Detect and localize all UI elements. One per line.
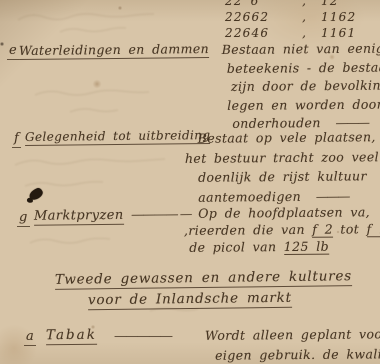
body-line: Bestaan niet van eenige	[222, 39, 380, 59]
underlined-amount: f 2	[312, 222, 333, 238]
section-g-heading-row: Marktpryzen ————	[34, 207, 177, 223]
section-f-label: f	[12, 131, 21, 148]
center-heading-line2: voor de Inlandsche markt	[88, 290, 292, 310]
ledger-serial: 22662	[225, 10, 287, 24]
ledger-separator: ,	[287, 10, 321, 24]
section-a-dash: —————	[114, 329, 172, 344]
ledger-row-partial: 22 6 , 12	[225, 0, 356, 8]
ledger-row: 22662 , 1162	[225, 8, 356, 24]
ledger-serial: 22 6	[225, 0, 287, 8]
body-line: de picol van 125 lb	[180, 237, 380, 256]
underlined-amount: f 10	[366, 221, 380, 237]
ledger-serial: 22646	[225, 26, 287, 40]
body-line: ,rieerden die van f 2 tot f 10	[180, 220, 380, 239]
end-dash: ———	[316, 188, 349, 203]
ledger-number: 1161	[321, 26, 356, 40]
section-f-body: Bestaat op vele plaatsen, het bestuur tr…	[185, 127, 380, 207]
ledger-number: 12	[321, 0, 339, 8]
manuscript-page: 22 6 , 12 22662 , 1162 22646 , 1161 e Wa…	[0, 0, 380, 364]
section-a-heading: Tabak	[46, 327, 97, 346]
body-line: — Op de hoofdplaatsen va,	[180, 203, 380, 222]
section-a-label: a	[24, 329, 36, 346]
section-f-heading: Gelegenheid tot uitbreiding	[25, 128, 211, 146]
body-line: Wordt alleen geplant voor	[205, 324, 380, 345]
section-g-heading: Marktpryzen	[34, 208, 124, 226]
ledger-figures: 22 6 , 12 22662 , 1162 22646 , 1161	[225, 0, 356, 40]
center-heading-line1: Tweede gewassen en andere kultures	[55, 268, 352, 290]
ledger-number: 1162	[321, 10, 356, 24]
ledger-separator: ,	[287, 26, 321, 40]
body-line: beteekenis - de bestaande	[222, 58, 380, 78]
ink-blot	[28, 187, 45, 202]
ledger-row: 22646 , 1161	[225, 24, 356, 40]
section-e-heading: Waterleidingen en dammen	[19, 41, 209, 60]
section-e-body: Bestaan niet van eenige beteekenis - de …	[222, 39, 380, 133]
section-e-label: e	[7, 43, 19, 60]
body-line: legen en worden door hen	[222, 95, 380, 115]
ledger-separator: ,	[287, 0, 321, 8]
underlined-amount: 125 lb	[284, 239, 329, 255]
body-line: het bestuur tracht zoo veel	[185, 147, 379, 168]
section-g-body: — Op de hoofdplaatsen va, ,rieerden die …	[180, 203, 380, 256]
body-line: Bestaat op vele plaatsen,	[185, 127, 379, 148]
body-line: zijn door de bevolking aange,	[222, 76, 380, 96]
body-line: eigen gebruik. de kwaliteit	[205, 344, 380, 364]
section-g-label: g	[17, 210, 30, 227]
body-line: doenlijk de rijst kultuur	[185, 166, 379, 187]
section-a-body: Wordt alleen geplant voor eigen gebruik.…	[205, 324, 380, 364]
heading-dash: ————	[131, 207, 177, 222]
lead-dash: —	[180, 206, 191, 221]
